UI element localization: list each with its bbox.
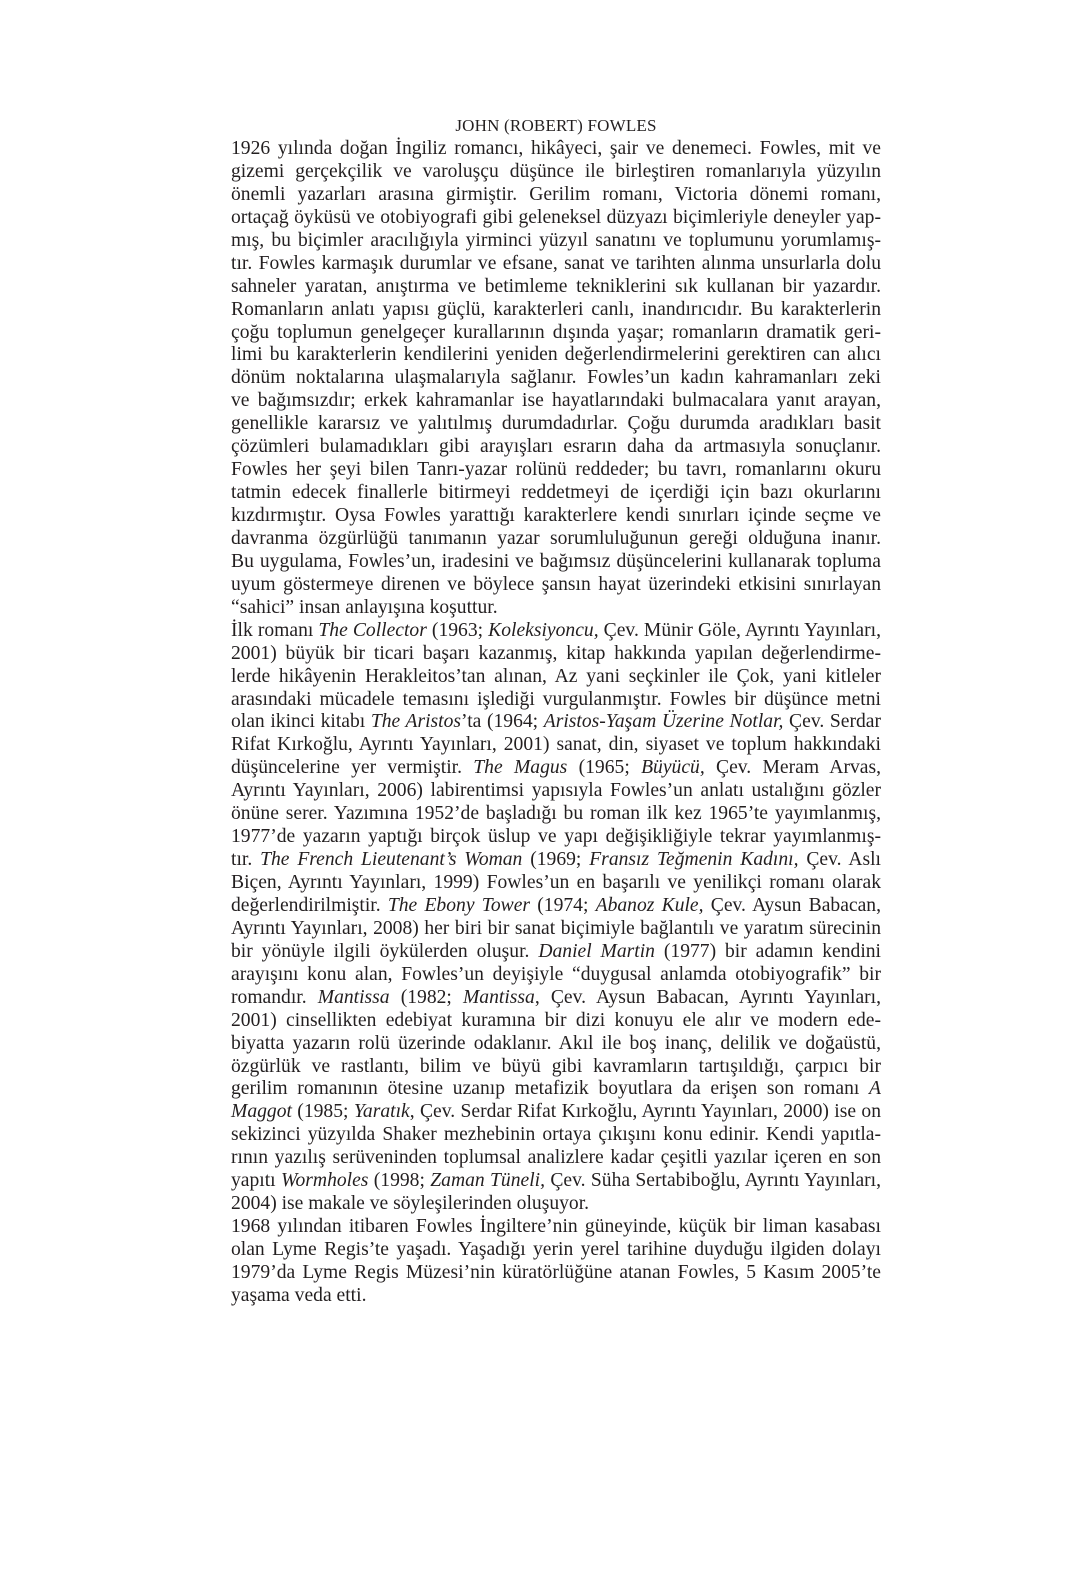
text-line: uyum göstermeye direnen ve böylece şansı… bbox=[231, 574, 881, 597]
paragraph: 1968 yılından itibaren Fowles İngiltere’… bbox=[231, 1216, 881, 1308]
text-line: ve bağımsızdır; erkek kahramanlar ise ha… bbox=[231, 390, 881, 413]
text-line: yaşama veda etti. bbox=[231, 1285, 881, 1308]
text-line: Rifat Kırkoğlu, Ayrıntı Yayınları, 2001)… bbox=[231, 734, 881, 757]
text-line: “sahici” insan anlayışına koşuttur. bbox=[231, 597, 881, 620]
text-line: düşüncelerine yer vermiştir. The Magus (… bbox=[231, 757, 881, 780]
text-line: Ayrıntı Yayınları, 2008) her biri bir sa… bbox=[231, 918, 881, 941]
text-line: Fowles her şeyi bilen Tanrı-yazar rolünü… bbox=[231, 459, 881, 482]
text-line: ortaçağ öyküsü ve otobiyografi gibi gele… bbox=[231, 207, 881, 230]
text-line: tır. Fowles karmaşık durumlar ve efsane,… bbox=[231, 253, 881, 276]
text-line: kızdırmıştır. Oysa Fowles yarattığı kara… bbox=[231, 505, 881, 528]
text-line: arasındaki mücadele temasını işlediği vu… bbox=[231, 689, 881, 712]
text-line: davranma özgürlüğü tanımanın yazar sorum… bbox=[231, 528, 881, 551]
page-title: JOHN (ROBERT) FOWLES bbox=[231, 114, 881, 138]
text-line: dönüm noktalarına ulaşmalarıyla sağlanır… bbox=[231, 367, 881, 390]
text-line: olan Lyme Regis’te yaşadı. Yaşadığı yeri… bbox=[231, 1239, 881, 1262]
text-line: önemli yazarları arasına girmiştir. Geri… bbox=[231, 184, 881, 207]
text-line: çözümleri bulamadıkları gibi arayışları … bbox=[231, 436, 881, 459]
text-line: Ayrıntı Yayınları, 2006) labirentimsi ya… bbox=[231, 780, 881, 803]
text-line: 2001) cinsellikten edebiyat kuramına bir… bbox=[231, 1010, 881, 1033]
text-line: genellikle kararsız ve yalıtılmış durumd… bbox=[231, 413, 881, 436]
text-line: biyatta yazarın rolü üzerinde odaklanır.… bbox=[231, 1033, 881, 1056]
document-page: JOHN (ROBERT) FOWLES 1926 yılında doğan … bbox=[231, 114, 881, 1308]
text-line: özgürlük ve rastlantı, bilim ve büyü gib… bbox=[231, 1056, 881, 1079]
text-line: rının yazılış serüveninden toplumsal ana… bbox=[231, 1147, 881, 1170]
text-line: 1968 yılından itibaren Fowles İngiltere’… bbox=[231, 1216, 881, 1239]
text-line: gerilim romanının ötesine uzanıp metafiz… bbox=[231, 1078, 881, 1101]
text-line: değerlendirilmiştir. The Ebony Tower (19… bbox=[231, 895, 881, 918]
text-line: sahneler yaratan, anıştırma ve betimleme… bbox=[231, 276, 881, 299]
text-line: 2004) ise makale ve söyleşilerinden oluş… bbox=[231, 1193, 881, 1216]
text-line: lerde hikâyenin Herakleitos’tan alınan, … bbox=[231, 666, 881, 689]
text-line: Bu uygulama, Fowles’un, iradesini ve bağ… bbox=[231, 551, 881, 574]
text-line: romandır. Mantissa (1982; Mantissa, Çev.… bbox=[231, 987, 881, 1010]
text-line: İlk romanı The Collector (1963; Koleksiy… bbox=[231, 620, 881, 643]
text-line: olan ikinci kitabı The Aristos’ta (1964;… bbox=[231, 711, 881, 734]
text-line: Maggot (1985; Yaratık, Çev. Serdar Rifat… bbox=[231, 1101, 881, 1124]
text-line: arayışını konu alan, Fowles’un deyişiyle… bbox=[231, 964, 881, 987]
text-line: mış, bu biçimler aracılığıyla yirminci y… bbox=[231, 230, 881, 253]
text-line: 2001) büyük bir ticari başarı kazanmış, … bbox=[231, 643, 881, 666]
text-line: yapıtı Wormholes (1998; Zaman Tüneli, Çe… bbox=[231, 1170, 881, 1193]
text-line: gizemi gerçekçilik ve varoluşçu düşünce … bbox=[231, 161, 881, 184]
text-line: tatmin edecek finallerle bitirmeyi redde… bbox=[231, 482, 881, 505]
text-line: çoğu toplumun genelgeçer kurallarının dı… bbox=[231, 322, 881, 345]
paragraph: 1926 yılında doğan İngiliz romancı, hikâ… bbox=[231, 138, 881, 620]
text-line: sekizinci yüzyılda Shaker mezhebinin ort… bbox=[231, 1124, 881, 1147]
text-line: 1977’de yazarın yaptığı birçok üslup ve … bbox=[231, 826, 881, 849]
text-line: bir yönüyle ilgili öykülerden oluşur. Da… bbox=[231, 941, 881, 964]
text-line: 1926 yılında doğan İngiliz romancı, hikâ… bbox=[231, 138, 881, 161]
text-line: 1979’da Lyme Regis Müzesi’nin küratörlüğ… bbox=[231, 1262, 881, 1285]
text-line: limi bu karakterlerin kendilerini yenide… bbox=[231, 344, 881, 367]
text-line: Romanların anlatı yapısı güçlü, karakter… bbox=[231, 299, 881, 322]
text-line: Biçen, Ayrıntı Yayınları, 1999) Fowles’u… bbox=[231, 872, 881, 895]
paragraph: İlk romanı The Collector (1963; Koleksiy… bbox=[231, 620, 881, 1216]
text-line: önüne serer. Yazımına 1952’de başladığı … bbox=[231, 803, 881, 826]
body-text: 1926 yılında doğan İngiliz romancı, hikâ… bbox=[231, 138, 881, 1308]
text-line: tır. The French Lieutenant’s Woman (1969… bbox=[231, 849, 881, 872]
